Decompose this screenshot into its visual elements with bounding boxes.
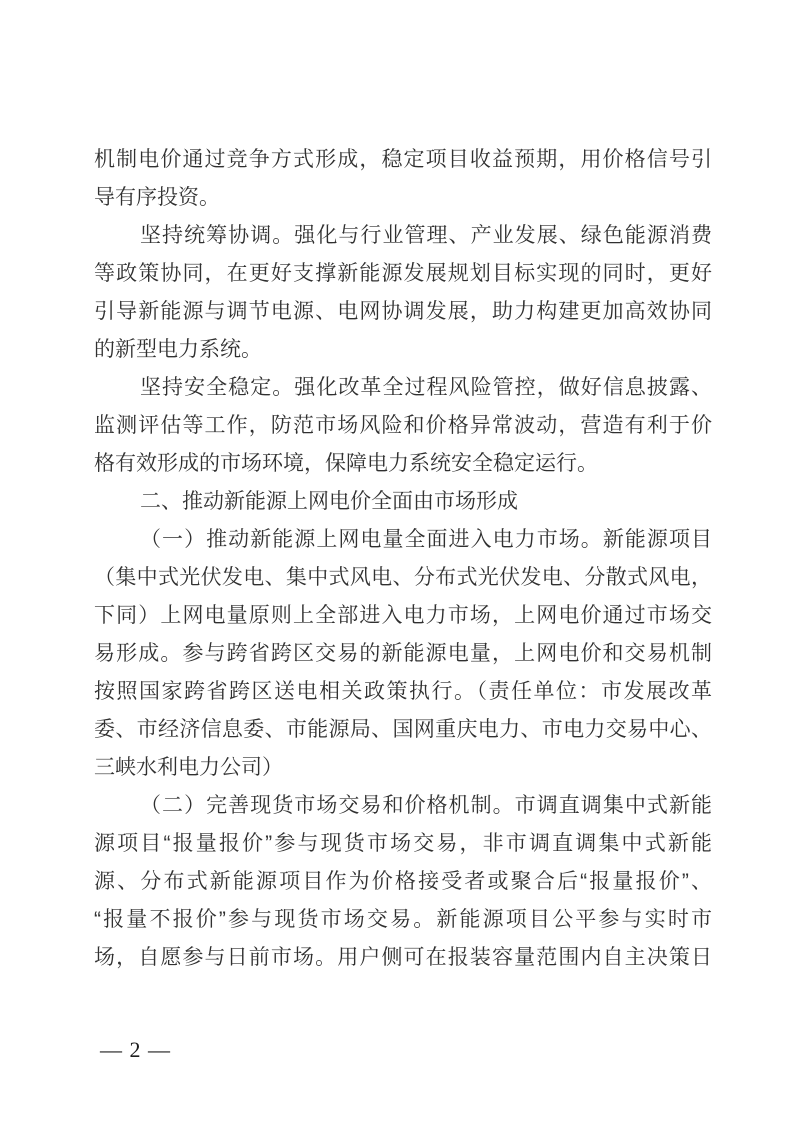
- body-text-line: 下同）上网电量原则上全部进入电力市场，上网电价通过市场交: [94, 597, 712, 635]
- body-text-line: 的新型电力系统。: [94, 331, 712, 369]
- body-text-line: 场，自愿参与日前市场。用户侧可在报装容量范围内自主决策日: [94, 939, 712, 977]
- body-text-line: 坚持统筹协调。强化与行业管理、产业发展、绿色能源消费: [94, 217, 712, 255]
- body-text-line: 三峡水利电力公司）: [94, 749, 712, 787]
- body-text-line: （一）推动新能源上网电量全面进入电力市场。新能源项目: [94, 521, 712, 559]
- body-text-line: 按照国家跨省跨区送电相关政策执行。（责任单位：市发展改革: [94, 673, 712, 711]
- body-text-line: 源项目“报量报价”参与现货市场交易，非市调直调集中式新能: [94, 825, 712, 863]
- body-text-line: （集中式光伏发电、集中式风电、分布式光伏发电、分散式风电，: [94, 559, 712, 597]
- body-text-line: 格有效形成的市场环境，保障电力系统安全稳定运行。: [94, 445, 712, 483]
- body-text-line: 源、分布式新能源项目作为价格接受者或聚合后“报量报价”、: [94, 863, 712, 901]
- page-number: — 2 —: [100, 1033, 171, 1067]
- body-text-line: 引导新能源与调节电源、电网协调发展，助力构建更加高效协同: [94, 293, 712, 331]
- body-text-line: 导有序投资。: [94, 179, 712, 217]
- body-text-line: 坚持安全稳定。强化改革全过程风险管控，做好信息披露、: [94, 369, 712, 407]
- body-text-line: “报量不报价”参与现货市场交易。新能源项目公平参与实时市: [94, 901, 712, 939]
- body-text-line: 委、市经济信息委、市能源局、国网重庆电力、市电力交易中心、: [94, 711, 712, 749]
- document-page: 机制电价通过竞争方式形成，稳定项目收益预期，用价格信号引导有序投资。坚持统筹协调…: [0, 0, 793, 1122]
- document-body: 机制电价通过竞争方式形成，稳定项目收益预期，用价格信号引导有序投资。坚持统筹协调…: [94, 141, 712, 977]
- body-text-line: 易形成。参与跨省跨区交易的新能源电量，上网电价和交易机制: [94, 635, 712, 673]
- body-text-line: 等政策协同，在更好支撑新能源发展规划目标实现的同时，更好: [94, 255, 712, 293]
- body-text-line: 机制电价通过竞争方式形成，稳定项目收益预期，用价格信号引: [94, 141, 712, 179]
- body-text-line: （二）完善现货市场交易和价格机制。市调直调集中式新能: [94, 787, 712, 825]
- section-heading-line: 二、推动新能源上网电价全面由市场形成: [94, 483, 712, 521]
- body-text-line: 监测评估等工作，防范市场风险和价格异常波动，营造有利于价: [94, 407, 712, 445]
